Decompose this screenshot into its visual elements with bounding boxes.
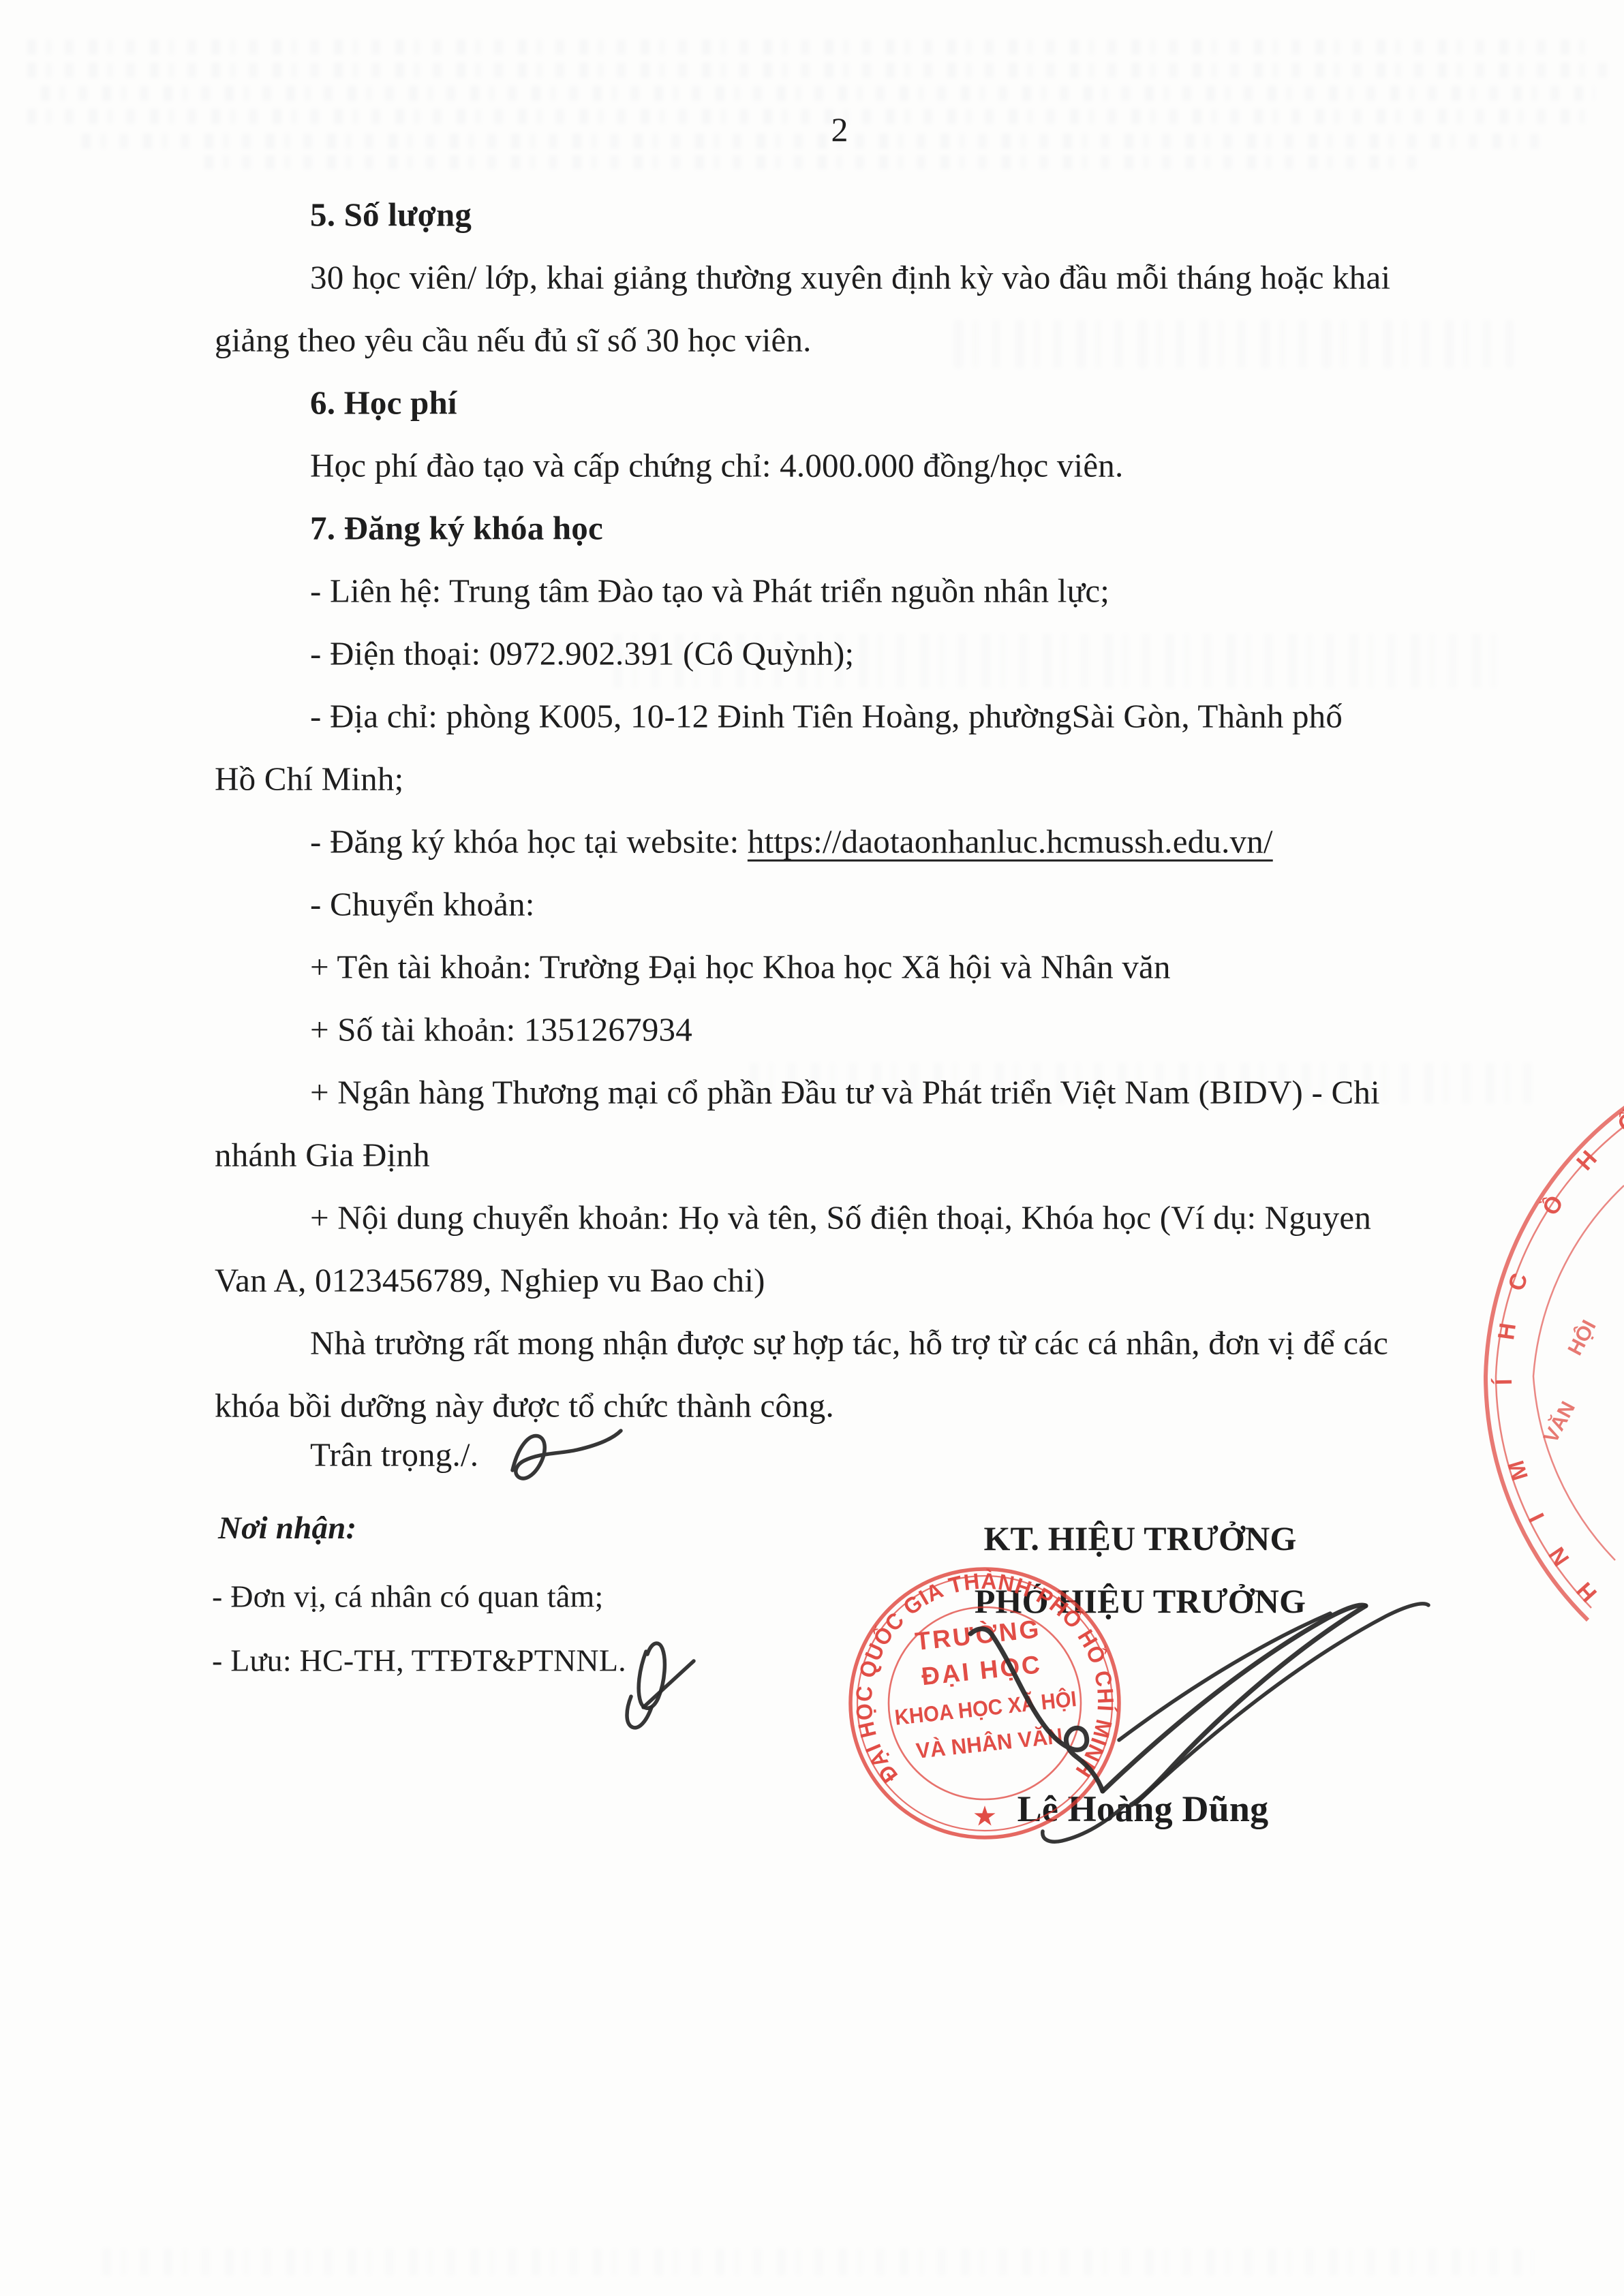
paraph-flourish: [627, 1643, 694, 1728]
edge-seal-inner-text: VĂN: [1539, 1397, 1580, 1446]
initial-flourish: [512, 1431, 621, 1478]
seal-star-icon: ★: [974, 1802, 996, 1830]
seal-line-khxh: KHOA HỌC XÃ HỘI: [893, 1686, 1077, 1730]
seal-line-truong: TRƯỜNG: [914, 1614, 1042, 1656]
seal-line-nhan-van: VÀ NHÂN VĂN: [915, 1723, 1064, 1763]
edge-seal-inner-text: HỘI: [1563, 1316, 1601, 1359]
edge-seal-ring-letter: H: [1572, 1577, 1602, 1607]
scanned-document-page: 2 5. Số lượng30 học viên/ lớp, khai giản…: [0, 0, 1624, 2296]
seal-line-dai-hoc: ĐẠI HỌC: [920, 1650, 1043, 1690]
edge-seal-ring-letter: H: [1493, 1321, 1521, 1341]
edge-seal-ring-letter: N: [1544, 1542, 1574, 1571]
edge-seal-stamp-fragment: ỐHỒCHÍMINH HỘIVĂN: [1486, 1104, 1624, 1620]
stamps-and-signatures-layer: ĐẠI HỌC QUỐC GIA THÀNH PHỐ HỒ CHÍ MINH ★…: [0, 0, 1624, 2296]
edge-seal-ring-letter: C: [1503, 1270, 1533, 1294]
university-seal-stamp: ĐẠI HỌC QUỐC GIA THÀNH PHỐ HỒ CHÍ MINH ★…: [851, 1568, 1119, 1837]
edge-seal-ring-letter: Í: [1491, 1378, 1517, 1386]
